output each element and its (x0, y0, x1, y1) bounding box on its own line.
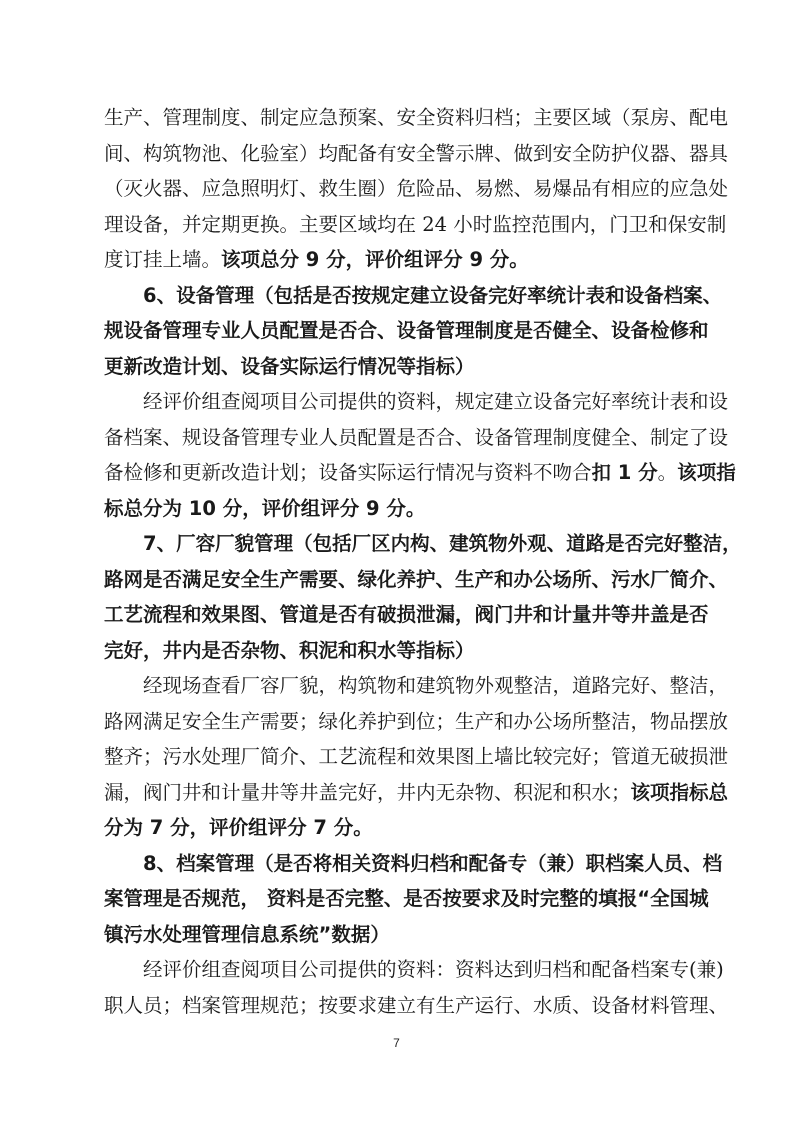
bold-text: 完好，井内是否杂物、积泥和积水等指标） (104, 639, 475, 662)
bold-text: 8、档案管理（是否将相关资料归档和配备专（兼）职档案人员、档 (143, 852, 722, 875)
text-line: 镇污水处理管理信息系统”数据） (104, 917, 390, 953)
body-text: 度订挂上墙。 (104, 248, 221, 271)
text-line: 工艺流程和效果图、管道是否有破损泄漏，阀门井和计量井等井盖是否 (104, 597, 698, 633)
text-line: 6、设备管理（包括是否按规定建立设备完好率统计表和设备档案、 (104, 278, 698, 314)
text-line: 7、厂容厂貌管理（包括厂区内构、建筑物外观、道路是否完好整洁， (104, 526, 698, 562)
bold-text: 工艺流程和效果图、管道是否有破损泄漏，阀门井和计量井等井盖是否 (104, 603, 709, 626)
bold-text: 更新改造计划、设备实际运行情况等指标） (104, 355, 475, 378)
text-line: 备档案、规设备管理专业人员配置是否合、设备管理制度健全、制定了设 (104, 420, 698, 456)
text-line: 经现场查看厂容厂貌，构筑物和建筑物外观整洁，道路完好、整洁， (104, 668, 698, 704)
body-text: 。 (658, 461, 678, 484)
text-line: 路网是否满足安全生产需要、绿化养护、生产和办公场所、污水厂简介、 (104, 562, 698, 598)
text-line: 备检修和更新改造计划；设备实际运行情况与资料不吻合扣 1 分。该项指 (104, 455, 698, 491)
bold-text: 分为 7 分，评价组评分 7 分。 (104, 816, 373, 839)
text-line: 分为 7 分，评价组评分 7 分。 (104, 810, 373, 846)
text-line: 规设备管理专业人员配置是否合、设备管理制度是否健全、设备检修和 (104, 313, 698, 349)
page-number: 7 (0, 1036, 793, 1050)
text-line: 8、档案管理（是否将相关资料归档和配备专（兼）职档案人员、档 (104, 846, 698, 882)
body-text: 经评价组查阅项目公司提供的资料，规定建立设备完好率统计表和设 (143, 390, 728, 413)
body-text: 经现场查看厂容厂貌，构筑物和建筑物外观整洁，道路完好、整洁， (143, 674, 728, 697)
bold-text: 7、厂容厂貌管理（包括厂区内构、建筑物外观、道路是否完好整洁， (143, 532, 742, 555)
text-line: 经评价组查阅项目公司提供的资料，规定建立设备完好率统计表和设 (104, 384, 698, 420)
body-text: 备检修和更新改造计划；设备实际运行情况与资料不吻合 (104, 461, 592, 484)
text-line: 案管理是否规范， 资料是否完整、是否按要求及时完整的填报“全国城 (104, 881, 698, 917)
bold-text: 案管理是否规范， 资料是否完整、是否按要求及时完整的填报“全国城 (104, 887, 709, 910)
text-line: 生产、管理制度、制定应急预案、安全资料归档；主要区域（泵房、配电 (104, 100, 698, 136)
bold-text: 该项指标总 (631, 781, 729, 804)
body-text: 理设备，并定期更换。主要区域均在 24 小时监控范围内，门卫和保安制 (104, 213, 726, 236)
body-text: 路网满足安全生产需要；绿化养护到位；生产和办公场所整洁，物品摆放 (104, 710, 728, 733)
body-text: 漏，阀门井和计量井等井盖完好，井内无杂物、积泥和积水； (104, 781, 631, 804)
text-line: 经评价组查阅项目公司提供的资料：资料达到归档和配备档案专(兼) (104, 952, 698, 988)
bold-text: 标总分为 10 分，评价组评分 9 分。 (104, 497, 425, 520)
text-line: （灭火器、应急照明灯、救生圈）危险品、易燃、易爆品有相应的应急处 (104, 171, 698, 207)
text-line: 间、构筑物池、化验室）均配备有安全警示牌、做到安全防护仪器、器具 (104, 136, 698, 172)
text-line: 职人员；档案管理规范；按要求建立有生产运行、水质、设备材料管理、 (104, 988, 698, 1024)
bold-text: 路网是否满足安全生产需要、绿化养护、生产和办公场所、污水厂简介、 (104, 568, 728, 591)
bold-text: 扣 1 分 (592, 461, 658, 484)
body-text: 职人员；档案管理规范；按要求建立有生产运行、水质、设备材料管理、 (104, 994, 728, 1017)
body-text: 备档案、规设备管理专业人员配置是否合、设备管理制度健全、制定了设 (104, 426, 728, 449)
text-line: 标总分为 10 分，评价组评分 9 分。 (104, 491, 425, 527)
text-line: 完好，井内是否杂物、积泥和积水等指标） (104, 633, 475, 669)
body-text: （灭火器、应急照明灯、救生圈）危险品、易燃、易爆品有相应的应急处 (104, 177, 728, 200)
bold-text: 镇污水处理管理信息系统”数据） (104, 923, 390, 946)
text-line: 路网满足安全生产需要；绿化养护到位；生产和办公场所整洁，物品摆放 (104, 704, 698, 740)
body-text: 间、构筑物池、化验室）均配备有安全警示牌、做到安全防护仪器、器具 (104, 142, 728, 165)
bold-text: 规设备管理专业人员配置是否合、设备管理制度是否健全、设备检修和 (104, 319, 709, 342)
body-text: 整齐；污水处理厂简介、工艺流程和效果图上墙比较完好；管道无破损泄 (104, 745, 728, 768)
text-line: 理设备，并定期更换。主要区域均在 24 小时监控范围内，门卫和保安制 (104, 207, 698, 243)
text-line: 漏，阀门井和计量井等井盖完好，井内无杂物、积泥和积水；该项指标总 (104, 775, 698, 811)
body-text: 生产、管理制度、制定应急预案、安全资料归档；主要区域（泵房、配电 (104, 106, 728, 129)
bold-text: 该项总分 9 分，评价组评分 9 分。 (221, 248, 529, 271)
bold-text: 该项指 (677, 461, 736, 484)
bold-text: 6、设备管理（包括是否按规定建立设备完好率统计表和设备档案、 (143, 284, 722, 307)
text-line: 更新改造计划、设备实际运行情况等指标） (104, 349, 475, 385)
text-line: 整齐；污水处理厂简介、工艺流程和效果图上墙比较完好；管道无破损泄 (104, 739, 698, 775)
text-line: 度订挂上墙。该项总分 9 分，评价组评分 9 分。 (104, 242, 529, 278)
body-text: 经评价组查阅项目公司提供的资料：资料达到归档和配备档案专(兼) (143, 958, 724, 981)
